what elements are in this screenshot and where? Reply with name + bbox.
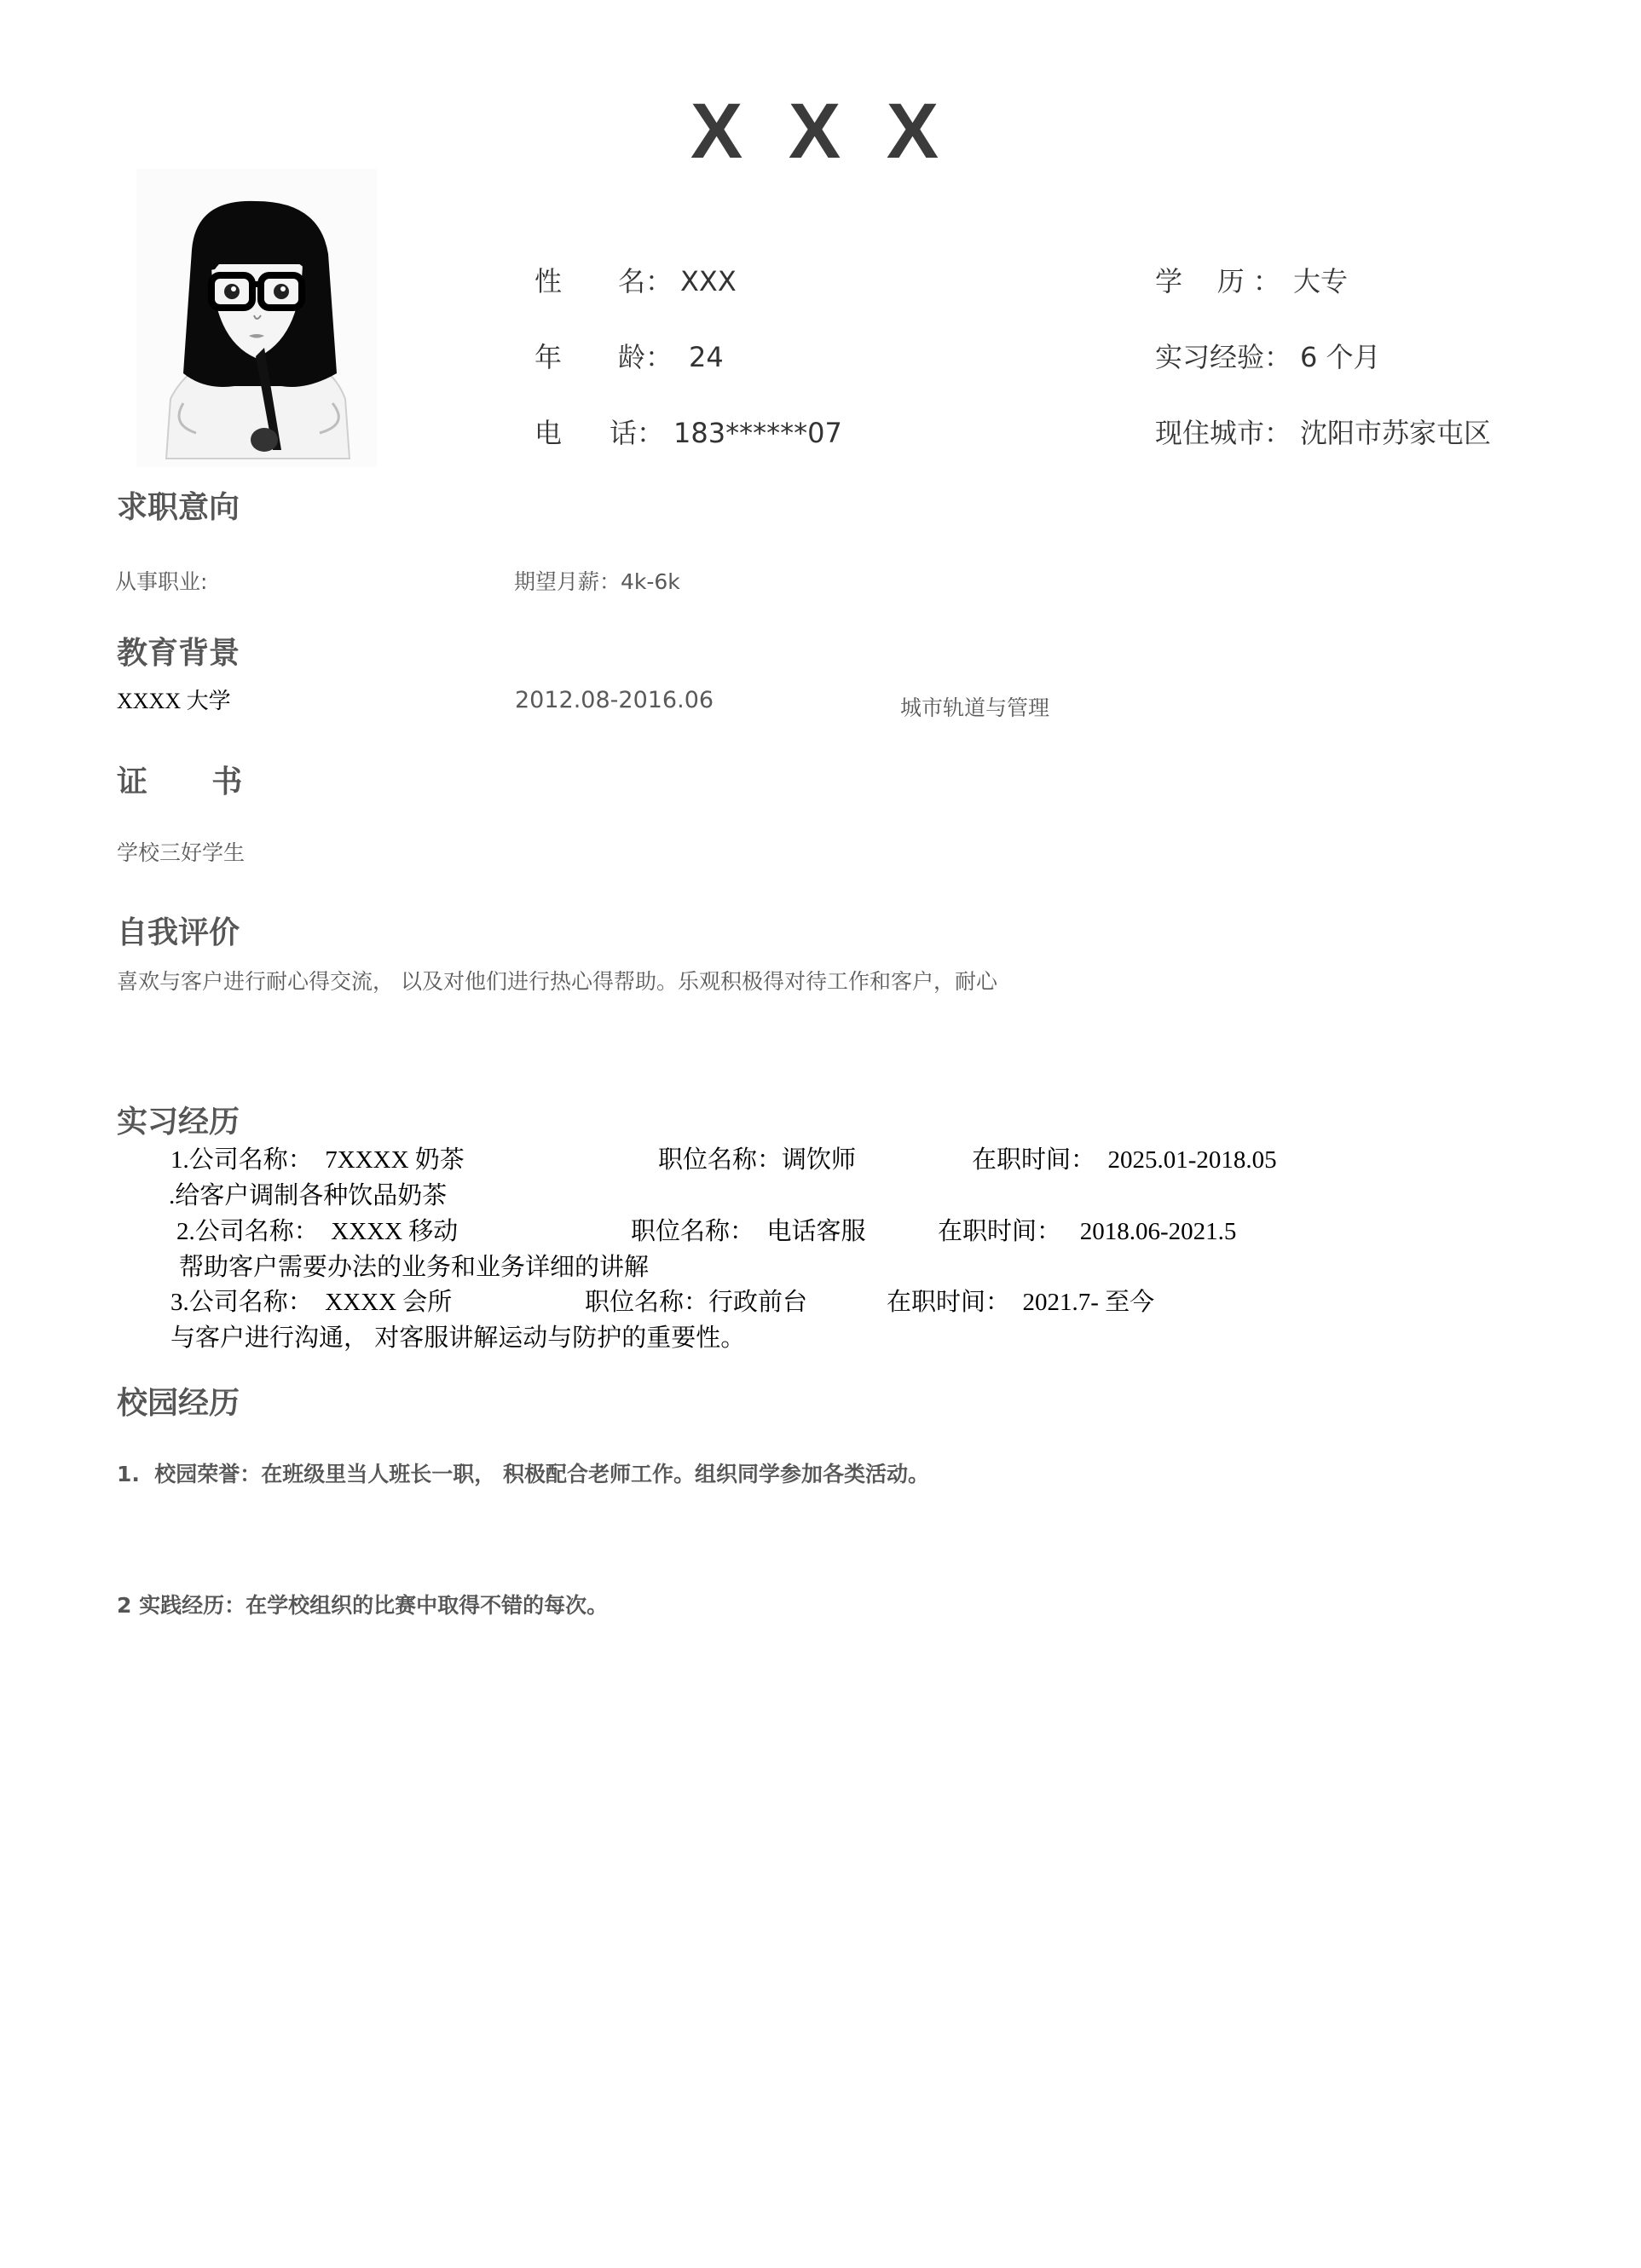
internship-3-position: 职位名称：行政前台	[585, 1290, 807, 1315]
major: 城市轨道与管理	[900, 697, 1049, 718]
age-label-1: 年	[534, 343, 562, 371]
school-name: XXXX 大学	[117, 690, 231, 713]
campus-heading: 校园经历	[117, 1388, 240, 1419]
internship-1-position: 职位名称：调饮师	[658, 1148, 856, 1173]
internship-heading: 实习经历	[117, 1107, 240, 1138]
internship-duration-label: 实习经验：	[1155, 343, 1291, 371]
job-intention-heading: 求职意向	[117, 493, 240, 523]
resume-title: X X X	[0, 92, 1641, 170]
occupation-field: 从事职业:	[115, 571, 207, 592]
internship-2-description: 帮助客户需要办法的业务和业务详细的讲解	[179, 1255, 649, 1280]
phone-label-2: 话：	[610, 419, 664, 447]
internship-1-period: 在职时间： 2025.01-2018.05	[972, 1148, 1277, 1173]
internship-3-company: 3.公司名称： XXXX 会所	[170, 1290, 452, 1315]
name-value: XXX	[680, 268, 737, 295]
phone-value: 183******07	[673, 419, 842, 447]
campus-item-honor: 1. 校园荣誉：在班级里当人班长一职， 积极配合老师工作。组织同学参加各类活动。	[117, 1463, 929, 1485]
certificate-item: 学校三好学生	[117, 842, 245, 863]
education-heading: 教育背景	[117, 638, 240, 669]
self-evaluation-heading: 自我评价	[117, 918, 240, 949]
internship-2-position: 职位名称： 电话客服	[631, 1220, 866, 1244]
internship-3-description: 与客户进行沟通， 对客服讲解运动与防护的重要性。	[170, 1326, 745, 1351]
internship-2-company: 2.公司名称： XXXX 移动	[176, 1220, 458, 1244]
internship-1-description: .给客户调制各种饮品奶茶	[169, 1184, 447, 1209]
certificates-heading: 证 书	[117, 767, 242, 798]
avatar	[136, 169, 377, 467]
city-value: 沈阳市苏家屯区	[1300, 419, 1491, 447]
name-label-1: 性	[534, 268, 562, 295]
name-label-2: 名：	[618, 268, 673, 295]
age-label-2: 龄：	[618, 343, 673, 371]
internship-1-company: 1.公司名称： 7XXXX 奶茶	[170, 1148, 465, 1173]
internship-duration-value: 6 个月	[1300, 343, 1381, 371]
internship-3-period: 在职时间： 2021.7- 至今	[887, 1290, 1154, 1315]
age-value: 24	[689, 343, 724, 371]
internship-2-period: 在职时间： 2018.06-2021.5	[938, 1220, 1236, 1244]
education-period: 2012.08-2016.06	[515, 689, 714, 712]
education-level-label: 学 历 ：	[1155, 268, 1280, 295]
city-label: 现住城市：	[1155, 419, 1291, 447]
self-evaluation-text: 喜欢与客户进行耐心得交流， 以及对他们进行热心得帮助。乐观积极得对待工作和客户，…	[117, 971, 997, 992]
education-level-value: 大专	[1293, 268, 1348, 295]
cartoon-girl-icon	[136, 169, 377, 467]
expected-salary: 期望月薪：4k-6k	[514, 571, 680, 592]
phone-label-1: 电	[534, 419, 562, 447]
campus-item-practice: 2 实践经历：在学校组织的比赛中取得不错的每次。	[117, 1595, 608, 1616]
